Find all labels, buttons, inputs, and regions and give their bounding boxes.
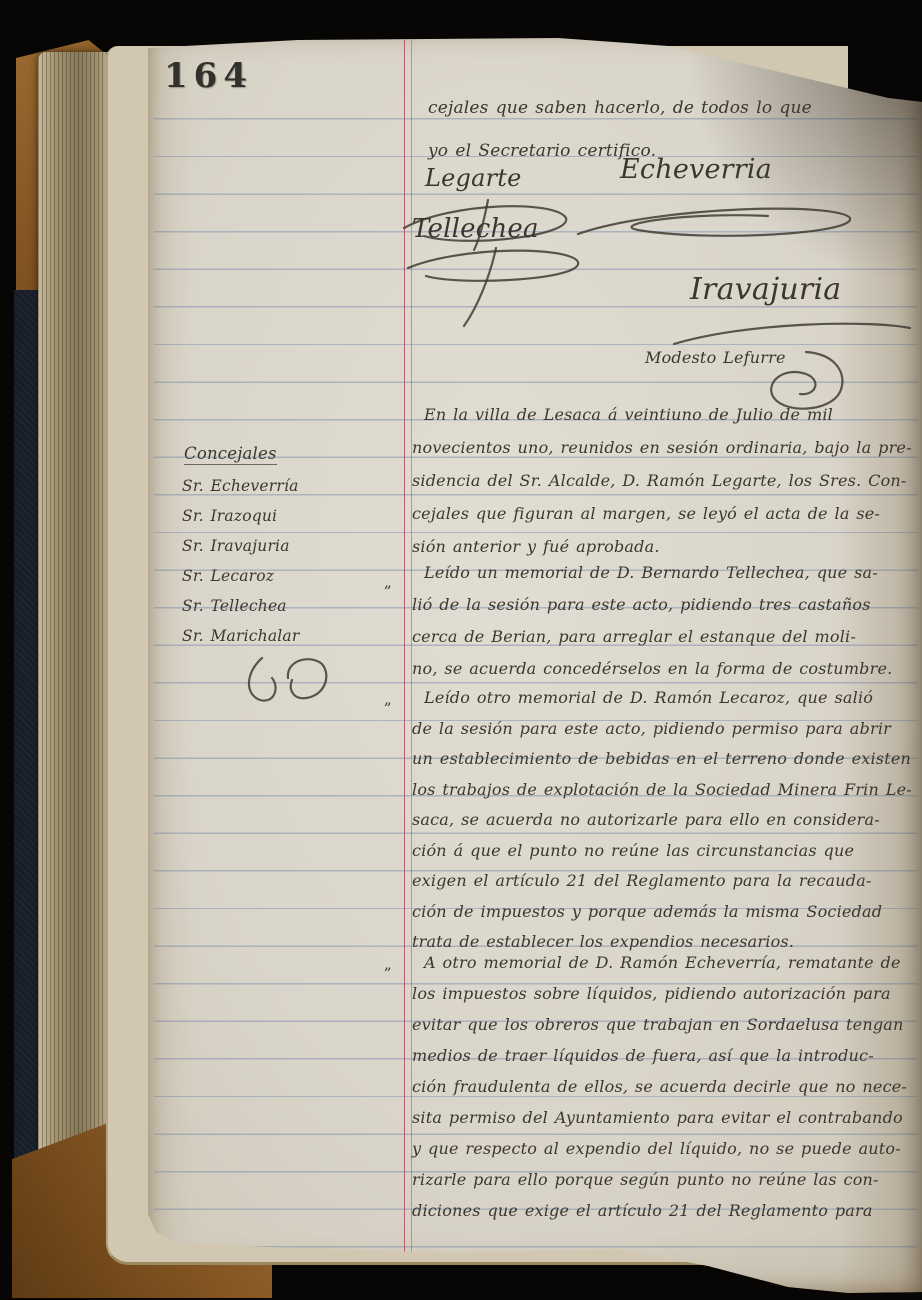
manuscript-line: los impuestos sobre líquidos, pidiendo a…: [412, 984, 891, 1003]
manuscript-line: sidencia del Sr. Alcalde, D. Ramón Legar…: [412, 471, 907, 490]
manuscript-line: cejales que figuran al margen, se leyó e…: [412, 504, 880, 523]
manuscript-line: evitar que los obreros que trabajan en S…: [412, 1015, 904, 1034]
margin-member: Sr. Irazoqui: [182, 507, 277, 525]
manuscript-line: ción á que el punto no reúne las circuns…: [412, 841, 854, 860]
rubric-flourish-tellechea: [400, 242, 590, 336]
manuscript-line: lió de la sesión para este acto, pidiend…: [412, 595, 871, 614]
manuscript-line: no, se acuerda concedérselos en la forma…: [412, 659, 892, 678]
manuscript-line: ción de impuestos y porque además la mis…: [412, 902, 882, 921]
closing-line: cejales que saben hacerlo, de todos lo q…: [428, 98, 812, 118]
manuscript-line: exigen el artículo 21 del Reglamento par…: [412, 871, 872, 890]
manuscript-line: saca, se acuerda no autorizarle para ell…: [412, 810, 880, 829]
margin-member: Sr. Iravajuria: [182, 537, 290, 555]
signature-legarte: Legarte: [425, 164, 522, 192]
paragraph-mark: „: [384, 955, 392, 973]
manuscript-line: A otro memorial de D. Ramón Echeverría, …: [424, 953, 901, 972]
margin-header: Concejales: [184, 444, 277, 465]
page-number-stamp: 164: [164, 56, 253, 96]
manuscript-line: diciones que exige el artículo 21 del Re…: [412, 1201, 873, 1220]
margin-member: Sr. Marichalar: [182, 627, 299, 645]
manuscript-line: medios de traer líquidos de fuera, así q…: [412, 1046, 874, 1065]
manuscript-line: En la villa de Lesaca á veintiuno de Jul…: [424, 405, 833, 424]
margin-member: Sr. Lecaroz: [182, 567, 274, 585]
manuscript-line: rizarle para ello porque según punto no …: [412, 1170, 879, 1189]
manuscript-line: Leído un memorial de D. Bernardo Tellech…: [424, 563, 878, 582]
scanned-minutes-book: 164 cejales que saben hacerlo, de todos …: [0, 0, 922, 1300]
signature-iravajuria: Iravajuria: [690, 272, 841, 307]
rubric-flourish-margin: [240, 650, 335, 712]
signature-tellechea: Tellechea: [412, 214, 539, 244]
manuscript-line: de la sesión para este acto, pidiendo pe…: [412, 719, 891, 738]
paragraph-mark: „: [384, 573, 392, 591]
manuscript-line: Leído otro memorial de D. Ramón Lecaroz,…: [424, 688, 873, 707]
manuscript-line: sión anterior y fué aprobada.: [412, 537, 660, 556]
manuscript-line: novecientos uno, reunidos en sesión ordi…: [412, 438, 912, 457]
margin-member: Sr. Echeverría: [182, 477, 299, 495]
paragraph-mark: „: [384, 690, 392, 708]
manuscript-line: trata de establecer los expendios necesa…: [412, 932, 794, 951]
manuscript-line: y que respecto al expendio del líquido, …: [412, 1139, 901, 1158]
manuscript-page: 164 cejales que saben hacerlo, de todos …: [148, 36, 922, 1296]
manuscript-line: los trabajos de explotación de la Socied…: [412, 780, 912, 799]
manuscript-line: sita permiso del Ayuntamiento para evita…: [412, 1108, 903, 1127]
margin-member: Sr. Tellechea: [182, 597, 287, 615]
signature-echeverria: Echeverria: [620, 154, 772, 185]
rubric-flourish-echeverria: [568, 198, 868, 252]
manuscript-line: ción fraudulenta de ellos, se acuerda de…: [412, 1077, 907, 1096]
manuscript-line: cerca de Berian, para arreglar el estanq…: [412, 627, 856, 646]
manuscript-line: un establecimiento de bebidas en el terr…: [412, 749, 911, 768]
